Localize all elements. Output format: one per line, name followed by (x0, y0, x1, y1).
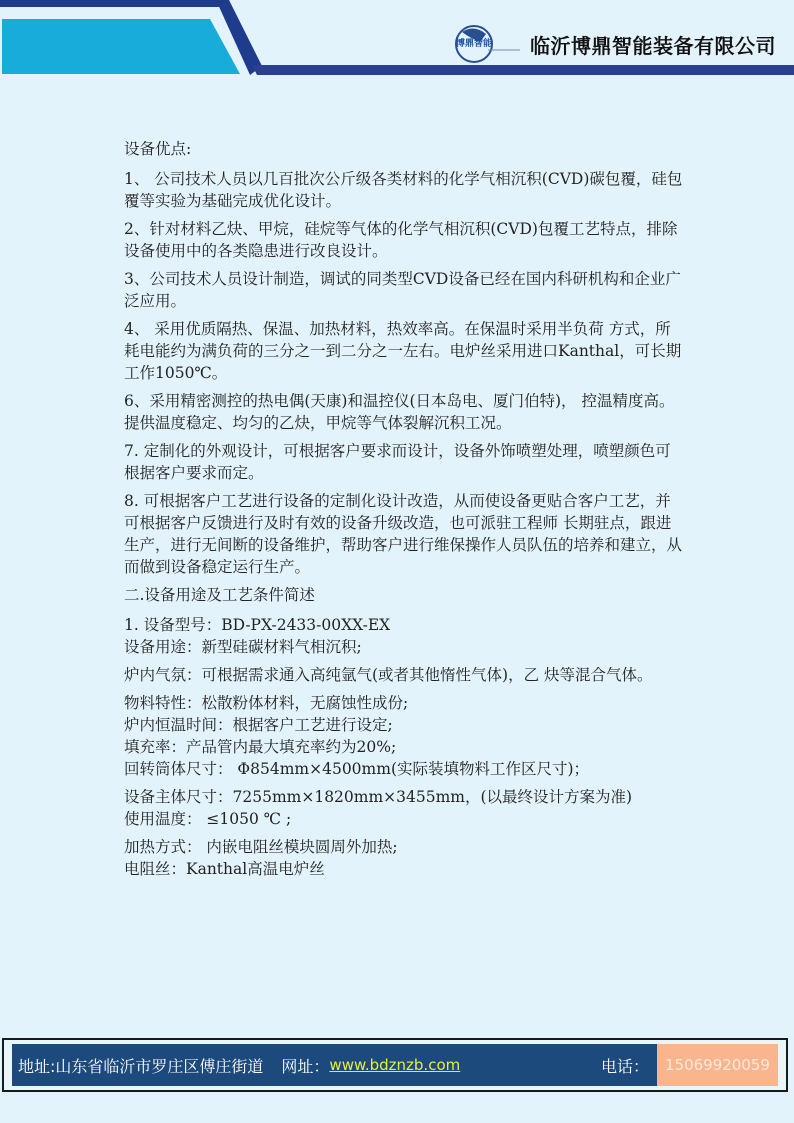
footer-phone-number: 15069920059 (657, 1044, 778, 1086)
advantages-heading: 设备优点: (124, 138, 684, 160)
advantage-item: 6、采用精密测控的热电偶(天康)和温控仪(日本岛电、厦门伯特)， 控温精度高。提… (124, 390, 684, 434)
spec-hold-time: 炉内恒温时间：根据客户工艺进行设定; (124, 714, 684, 736)
advantage-item: 4、 采用优质隔热、保温、加热材料，热效率高。在保温时采用半负荷 方式，所耗电能… (124, 318, 684, 384)
spec-heating: 加热方式： 内嵌电阻丝模块圆周外加热; (124, 836, 684, 858)
footer-website-link[interactable]: www.bdznzb.com (329, 1056, 460, 1074)
spec-main-size: 设备主体尺寸：7255mm×1820mm×3455mm，(以最终设计方案为准) (124, 786, 684, 808)
spec-fill-rate: 填充率：产品管内最大填充率约为20%; (124, 736, 684, 758)
spec-usage: 设备用途：新型硅碳材料气相沉积; (124, 636, 684, 658)
spec-wire: 电阻丝：Kanthal高温电炉丝 (124, 858, 684, 880)
page-footer: 地址:山东省临沂市罗庄区傅庄街道 网址： www.bdznzb.com 电话： … (2, 1038, 788, 1092)
advantage-item: 3、公司技术人员设计制造，调试的同类型CVD设备已经在国内科研机构和企业广泛应用… (124, 268, 684, 312)
footer-address: 地址:山东省临沂市罗庄区傅庄街道 (18, 1054, 263, 1077)
advantage-item: 1、 公司技术人员以几百批次公斤级各类材料的化学气相沉积(CVD)碳包覆，硅包覆… (124, 168, 684, 212)
advantage-item: 7. 定制化的外观设计，可根据客户要求而设计，设备外饰喷塑处理，喷塑颜色可根据客… (124, 440, 684, 484)
advantage-item: 8. 可根据客户工艺进行设备的定制化设计改造，从而使设备更贴合客户工艺，并可根据… (124, 490, 684, 578)
globe-logo-icon: 博鼎智能 (452, 22, 522, 66)
spec-atmosphere: 炉内气氛：可根据需求通入高纯氩气(或者其他惰性气体)，乙 炔等混合气体。 (124, 664, 684, 686)
footer-phone-label: 电话： (601, 1054, 649, 1077)
page-header: 博鼎智能 临沂博鼎智能装备有限公司 (0, 0, 794, 80)
footer-website-label: 网址： (281, 1054, 329, 1077)
company-logo: 博鼎智能 (452, 22, 522, 66)
spec-model: 1. 设备型号：BD-PX-2433-00XX-EX (124, 614, 684, 636)
spec-temperature: 使用温度： ≤1050 ℃ ; (124, 808, 684, 830)
footer-contact-bar: 地址:山东省临沂市罗庄区傅庄街道 网址： www.bdznzb.com 电话： (12, 1044, 657, 1086)
advantage-item: 2、针对材料乙炔、甲烷，硅烷等气体的化学气相沉积(CVD)包覆工艺特点，排除设备… (124, 218, 684, 262)
document-body: 设备优点: 1、 公司技术人员以几百批次公斤级各类材料的化学气相沉积(CVD)碳… (124, 138, 684, 880)
section2-heading: 二.设备用途及工艺条件简述 (124, 584, 684, 606)
spec-material: 物料特性：松散粉体材料，无腐蚀性成份; (124, 692, 684, 714)
svg-text:博鼎智能: 博鼎智能 (456, 37, 492, 49)
company-name: 临沂博鼎智能装备有限公司 (530, 30, 776, 59)
spec-tube-size: 回转筒体尺寸： Φ854mm×4500mm(实际装填物料工作区尺寸)； (124, 758, 684, 780)
